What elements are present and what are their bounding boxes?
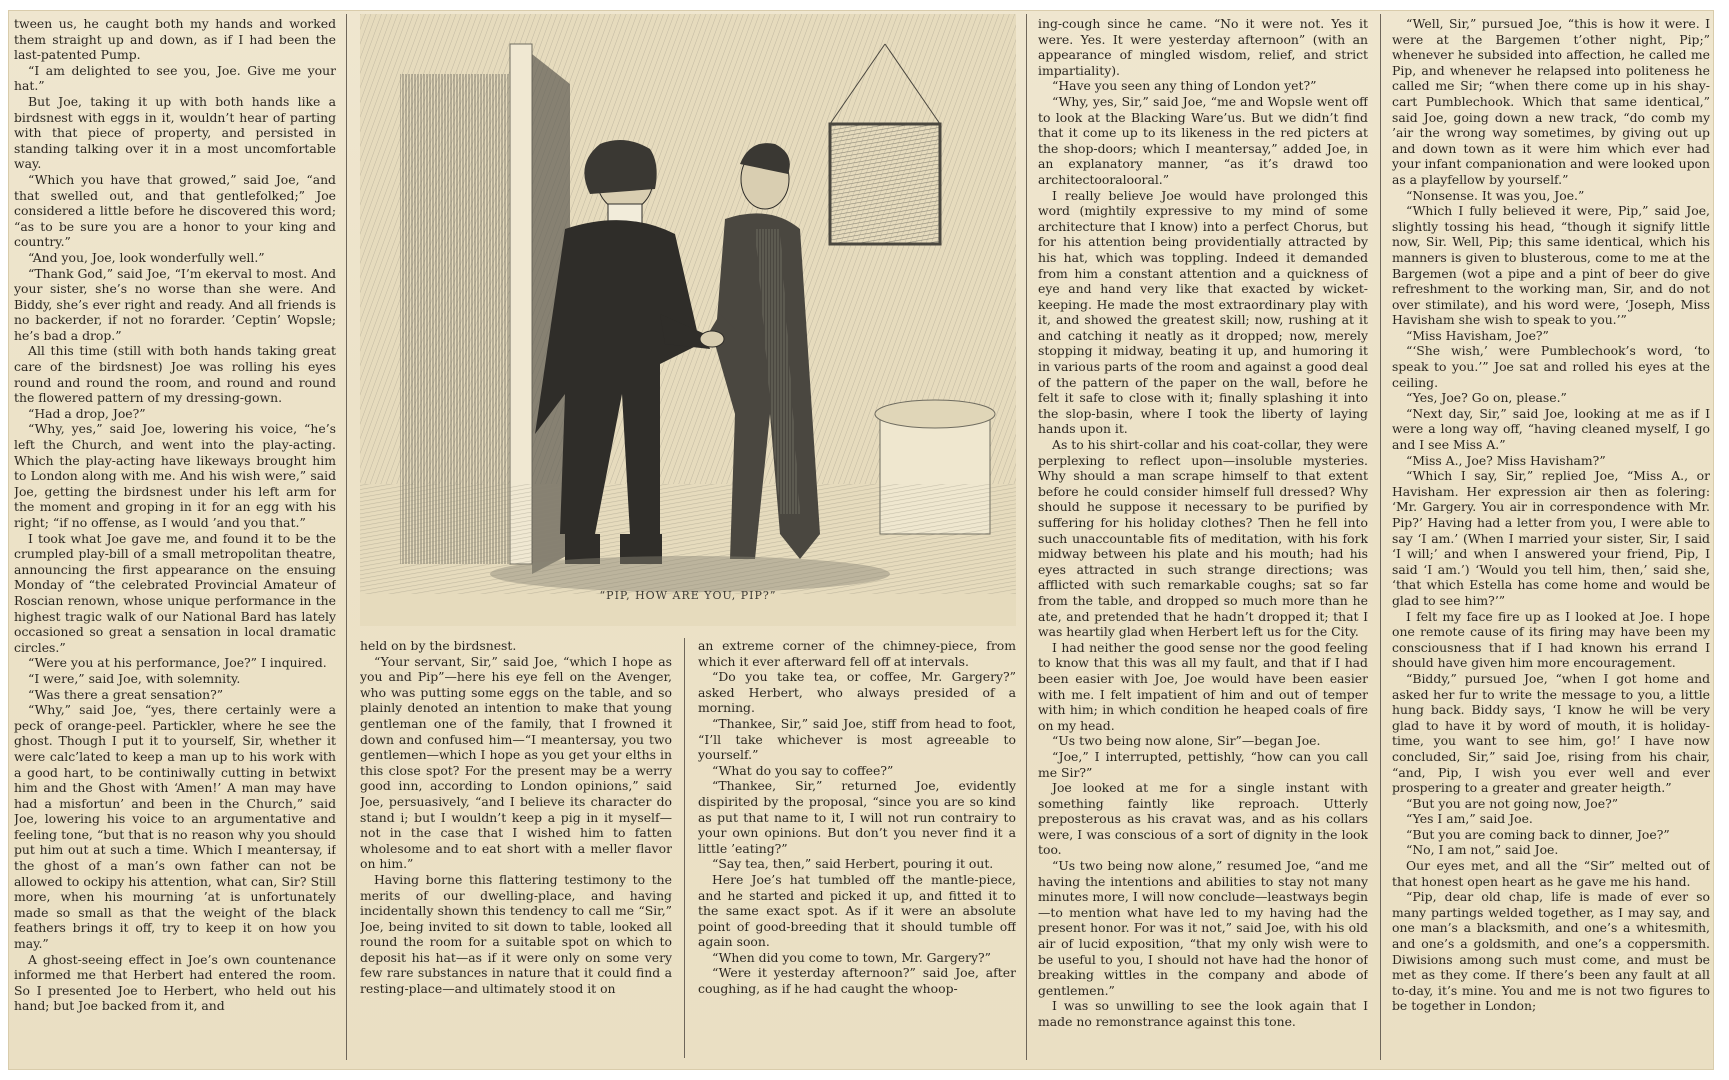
paragraph: “Joe,” I interrupted, pettishly, “how ca… [1038,749,1368,780]
paragraph: A ghost-seeing effect in Joe’s own count… [14,952,336,1014]
paragraph: Having borne this flattering testimony t… [360,872,672,997]
text-column-2: held on by the birdsnest.“Your servant, … [360,638,672,1056]
paragraph: I was so unwilling to see the look again… [1038,998,1368,1029]
engraving-illustration: “PIP, HOW ARE YOU, PIP?” [360,14,1016,626]
paragraph: Joe looked at me for a single instant wi… [1038,780,1368,858]
paragraph: “Thank God,” said Joe, “I’m ekerval to m… [14,266,336,344]
column-divider [684,638,685,1058]
paragraph: I took what Joe gave me, and found it to… [14,531,336,656]
paragraph: “Were it yesterday afternoon?” said Joe,… [698,965,1016,996]
paragraph: All this time (still with both hands tak… [14,343,336,405]
paragraph: “Say tea, then,” said Herbert, pouring i… [698,856,1016,872]
paragraph: “Had a drop, Joe?” [14,406,336,422]
paragraph: “What do you say to coffee?” [698,763,1016,779]
text-column-3: an extreme corner of the chimney-piece, … [698,638,1016,1056]
paragraph: “Us two being now alone,” resumed Joe, “… [1038,858,1368,998]
paragraph: “Yes, Joe? Go on, please.” [1392,390,1710,406]
paragraph: “Biddy,” pursued Joe, “when I got home a… [1392,671,1710,796]
newspaper-clipping: tween us, he caught both my hands and wo… [8,10,1714,1070]
paragraph: “Which I fully believed it were, Pip,” s… [1392,203,1710,328]
handshake-engraving-image [360,14,1016,626]
paragraph: “Yes I am,” said Joe. [1392,811,1710,827]
paragraph: “Next day, Sir,” said Joe, looking at me… [1392,406,1710,453]
paragraph: “Miss A., Joe? Miss Havisham?” [1392,453,1710,469]
paragraph: “But you are coming back to dinner, Joe?… [1392,827,1710,843]
paragraph: “Us two being now alone, Sir”—began Joe. [1038,733,1368,749]
column-divider [346,14,347,1060]
paragraph: “When did you come to town, Mr. Gargery?… [698,950,1016,966]
paragraph: “Was there a great sensation?” [14,687,336,703]
paragraph: Here Joe’s hat tumbled off the mantle-pi… [698,872,1016,950]
paragraph: held on by the birdsnest. [360,638,672,654]
paragraph: “Why, yes,” said Joe, lowering his voice… [14,421,336,530]
illustration-caption: “PIP, HOW ARE YOU, PIP?” [360,589,1016,602]
column-divider [1380,14,1381,1060]
column-divider [1026,14,1027,1060]
paragraph: “Pip, dear old chap, life is made of eve… [1392,889,1710,1014]
paragraph: “Well, Sir,” pursued Joe, “this is how i… [1392,16,1710,188]
paragraph: “Miss Havisham, Joe?” [1392,328,1710,344]
paragraph: ing-cough since he came. “No it were not… [1038,16,1368,78]
paragraph: “No, I am not,” said Joe. [1392,842,1710,858]
paragraph: “Which you have that growed,” said Joe, … [14,172,336,250]
text-column-1: tween us, he caught both my hands and wo… [14,16,336,1056]
paragraph: an extreme corner of the chimney-piece, … [698,638,1016,669]
paragraph: “‘She wish,’ were Pumblechook’s word, ‘t… [1392,343,1710,390]
paragraph: “Nonsense. It was you, Joe.” [1392,188,1710,204]
paragraph: I really believe Joe would have prolonge… [1038,188,1368,438]
text-column-5: “Well, Sir,” pursued Joe, “this is how i… [1392,16,1710,1056]
paragraph: “And you, Joe, look wonderfully well.” [14,250,336,266]
paragraph: “Thankee, Sir,” said Joe, stiff from hea… [698,716,1016,763]
text-column-4: ing-cough since he came. “No it were not… [1038,16,1368,1056]
paragraph: I felt my face fire up as I looked at Jo… [1392,609,1710,671]
paragraph: “Which I say, Sir,” replied Joe, “Miss A… [1392,468,1710,608]
paragraph: “But you are not going now, Joe?” [1392,796,1710,812]
paragraph: “Your servant, Sir,” said Joe, “which I … [360,654,672,872]
paragraph: “Were you at his performance, Joe?” I in… [14,655,336,671]
paragraph: “Why,” said Joe, “yes, there certainly w… [14,702,336,952]
paragraph: But Joe, taking it up with both hands li… [14,94,336,172]
paragraph: I had neither the good sense nor the goo… [1038,640,1368,734]
paragraph: “I am delighted to see you, Joe. Give me… [14,63,336,94]
paragraph: Our eyes met, and all the “Sir” melted o… [1392,858,1710,889]
paragraph: “Do you take tea, or coffee, Mr. Gargery… [698,669,1016,716]
paragraph: “Have you seen any thing of London yet?” [1038,78,1368,94]
paragraph: tween us, he caught both my hands and wo… [14,16,336,63]
paragraph: “Thankee, Sir,” returned Joe, evidently … [698,778,1016,856]
paragraph: “Why, yes, Sir,” said Joe, “me and Wopsl… [1038,94,1368,188]
paragraph: “I were,” said Joe, with solemnity. [14,671,336,687]
paragraph: As to his shirt-collar and his coat-coll… [1038,437,1368,640]
